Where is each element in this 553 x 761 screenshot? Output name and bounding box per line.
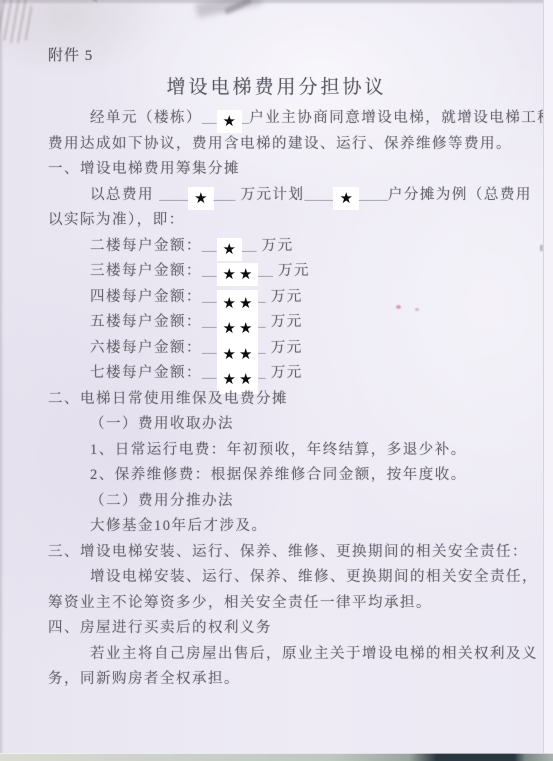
document-line: 五楼每户金额：__★★_ 万元	[48, 310, 528, 336]
text-run: 万元	[273, 263, 310, 279]
blank-underline: __	[202, 238, 217, 254]
document-line: 二、电梯日常使用维保及电费分摊	[48, 387, 528, 413]
scan-artifact-gray-blotch	[195, 0, 262, 18]
blank-underline: __	[202, 110, 217, 126]
text-run: 三楼每户金额：	[90, 263, 202, 279]
text-run: 二、电梯日常使用维保及电费分摊	[48, 391, 288, 407]
text-run: 四、房屋进行买卖后的权利义务	[48, 620, 272, 636]
text-run: 若业主将自己房屋出售后，原业主关于增设电梯的相关权利及义	[90, 646, 538, 662]
scan-artifact-top-band	[0, 0, 553, 3]
text-run: 务，同新购房者全权承担。	[48, 671, 240, 687]
document-line: 一、增设电梯费用筹集分摊	[48, 157, 528, 183]
text-run: 万元	[266, 314, 303, 330]
blank-underline: __	[202, 289, 217, 305]
document-line: 费用达成如下协议，费用含电梯的建设、运行、保养维修等费用。	[48, 132, 528, 158]
document-line: 经单元（楼栋）__★_户业主协商同意增设电梯，就增设电梯工程	[48, 106, 528, 132]
redacted-star: ★	[188, 187, 213, 210]
blank-underline: __	[242, 238, 257, 254]
scan-artifact-corner-streaks	[0, 0, 33, 43]
document-line: 四、房屋进行买卖后的权利义务	[48, 616, 528, 642]
scan-artifact-scanner-bed-strip	[0, 753, 553, 761]
blank-underline: __	[258, 263, 273, 279]
document-line: 增设电梯安装、运行、保养、维修、更换期间的相关安全责任，	[48, 565, 528, 591]
text-run: 一、增设电梯费用筹集分摊	[48, 161, 240, 177]
document-line: 若业主将自己房屋出售后，原业主关于增设电梯的相关权利及义	[48, 642, 528, 668]
text-run: 万元	[266, 340, 303, 356]
text-run: 费用达成如下协议，费用含电梯的建设、运行、保养维修等费用。	[48, 136, 512, 152]
document-line: 务，同新购房者全权承担。	[48, 667, 528, 693]
blank-underline: ____	[304, 187, 333, 203]
document-line: （一）费用收取办法	[48, 412, 528, 438]
document-line: （二）费用分推办法	[48, 489, 528, 515]
text-run: （一）费用收取办法	[90, 416, 234, 432]
blank-underline: __	[202, 340, 217, 356]
text-run: 经单元（楼栋）	[90, 110, 202, 126]
document-title: 增设电梯费用分担协议	[0, 72, 553, 99]
text-run: 万元	[266, 365, 303, 381]
text-run: 六楼每户金额：	[90, 340, 202, 356]
redacted-star: ★	[333, 187, 358, 210]
blank-underline: __	[202, 263, 217, 279]
text-run: 以总费用	[90, 187, 159, 203]
blank-underline: _	[258, 365, 265, 381]
blank-underline: ___	[214, 187, 236, 203]
text-run: 三、增设电梯安装、运行、保养、维修、更换期间的相关安全责任：	[48, 544, 528, 560]
document-body: 经单元（楼栋）__★_户业主协商同意增设电梯，就增设电梯工程费用达成如下协议，费…	[48, 106, 528, 693]
document-line: 筹资业主不论筹资多少，相关安全责任一律平均承担。	[48, 591, 528, 617]
text-run: 筹资业主不论筹资多少，相关安全责任一律平均承担。	[48, 595, 432, 611]
scan-artifact-twig-smudge	[15, 0, 106, 25]
text-run: 四楼每户金额：	[90, 289, 202, 305]
blank-underline: ____	[159, 187, 188, 203]
text-run: 以实际为准），即：	[48, 212, 185, 228]
scanned-document-page: 附件 5 增设电梯费用分担协议 经单元（楼栋）__★_户业主协商同意增设电梯，就…	[0, 0, 553, 761]
text-run: 五楼每户金额：	[90, 314, 202, 330]
scan-artifact-gray-speck	[540, 245, 543, 251]
text-run: 二楼每户金额：	[90, 238, 202, 254]
scan-artifact-gray-dash	[224, 0, 252, 15]
document-line: 大修基金10年后才涉及。	[48, 514, 528, 540]
text-run: 大修基金10年后才涉及。	[90, 518, 268, 534]
document-line: 2、保养维修费：根据保养维修合同金额，按年度收。	[48, 463, 528, 489]
blank-underline: _	[258, 314, 265, 330]
redacted-star: ★	[217, 238, 242, 261]
text-run: 万元	[256, 238, 293, 254]
text-run: （二）费用分推办法	[90, 493, 234, 509]
redacted-star: ★★	[217, 263, 259, 286]
document-line: 1、日常运行电费：年初预收，年终结算，多退少补。	[48, 438, 528, 464]
attachment-label: 附件 5	[48, 44, 93, 65]
document-line: 三、增设电梯安装、运行、保养、维修、更换期间的相关安全责任：	[48, 540, 528, 566]
document-line: 以总费用 ____★___ 万元计划____★____户分摊为例（总费用	[48, 183, 528, 209]
blank-underline: _	[258, 289, 265, 305]
text-run: 户业主协商同意增设电梯，就增设电梯工程	[249, 110, 553, 126]
document-line: 二楼每户金额：__★__ 万元	[48, 234, 528, 260]
document-line: 六楼每户金额：__★★_ 万元	[48, 336, 528, 362]
text-run: 1、日常运行电费：年初预收，年终结算，多退少补。	[90, 442, 467, 458]
text-run: 户分摊为例（总费用	[388, 187, 532, 203]
document-line: 三楼每户金额：__★★__ 万元	[48, 259, 528, 285]
document-line: 七楼每户金额：__★★_ 万元	[48, 361, 528, 387]
text-run: 2、保养维修费：根据保养维修合同金额，按年度收。	[90, 467, 467, 483]
blank-underline: ____	[359, 187, 388, 203]
text-run: 增设电梯安装、运行、保养、维修、更换期间的相关安全责任，	[90, 569, 538, 585]
text-run: 万元计划	[235, 187, 304, 203]
document-line: 四楼每户金额：__★★_ 万元	[48, 285, 528, 311]
blank-underline: _	[258, 340, 265, 356]
text-run: 万元	[266, 289, 303, 305]
redacted-star: ★	[217, 110, 242, 133]
document-line: 以实际为准），即：	[48, 208, 528, 234]
blank-underline: __	[202, 314, 217, 330]
text-run: 七楼每户金额：	[90, 365, 202, 381]
blank-underline: __	[202, 365, 217, 381]
